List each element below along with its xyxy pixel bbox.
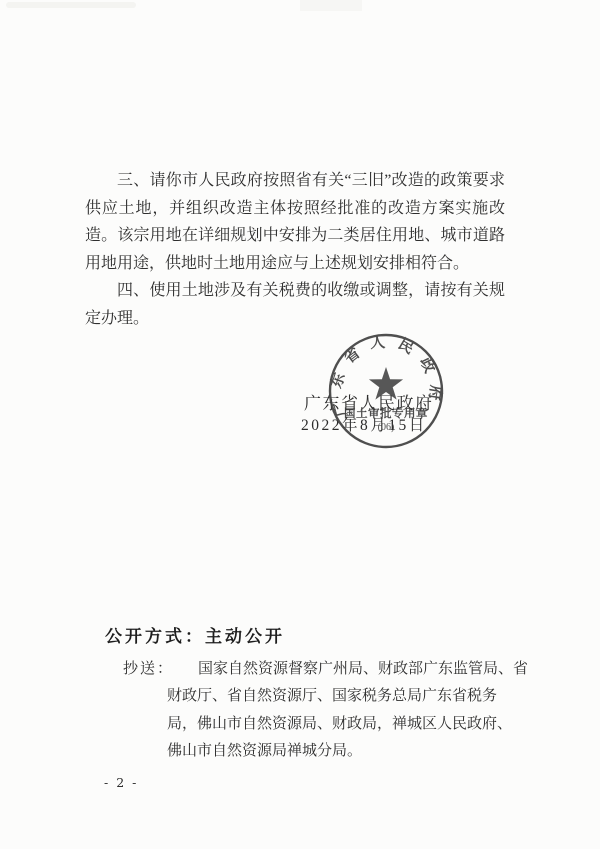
copy-to-line: 佛山市自然资源局禅城分局。 [167, 739, 362, 760]
scan-artifact [300, 0, 362, 11]
seal-code: (06) [378, 422, 395, 433]
official-seal: 广东省人民政府 国土审批专用章 (06) [325, 330, 447, 452]
copy-to-line: 财政厅、省自然资源厅、国家税务总局广东省税务 [167, 684, 497, 705]
copy-to-label: 抄送： [123, 657, 174, 678]
seal-star-icon [369, 367, 403, 400]
scan-artifact [6, 2, 136, 8]
disclosure-method-line: 公开方式：主动公开 [105, 622, 285, 647]
paragraph-item-three: 三、请你市人民政府按照省有关“三旧”改造的政策要求供应土地，并组织改造主体按照经… [85, 167, 505, 277]
copy-to-line: 国家自然资源督察广州局、财政部广东监管局、省 [198, 657, 528, 678]
seal-title: 国土审批专用章 [344, 406, 428, 420]
letter-body: 三、请你市人民政府按照省有关“三旧”改造的政策要求供应土地，并组织改造主体按照经… [85, 167, 505, 332]
paragraph-item-four: 四、使用土地涉及有关税费的收缴或调整，请按有关规定办理。 [85, 277, 505, 332]
copy-to-line: 局，佛山市自然资源局、财政局，禅城区人民政府、 [167, 712, 512, 733]
document-page: 三、请你市人民政府按照省有关“三旧”改造的政策要求供应土地，并组织改造主体按照经… [0, 0, 600, 849]
page-number: - 2 - [104, 775, 138, 790]
